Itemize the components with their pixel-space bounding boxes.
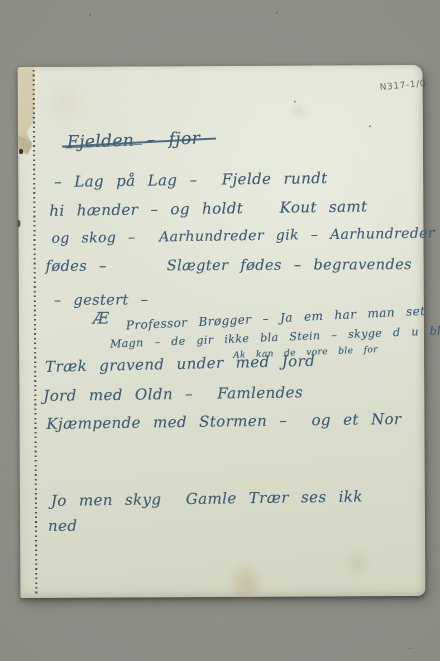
manuscript-page: N317-1/0 Fjelden – fjor – Lag på Lag – F…	[18, 65, 426, 598]
handwritten-line: Kjæmpende med Stormen – og et Nor	[46, 412, 401, 432]
scratch-mark	[408, 648, 414, 649]
paper-speck	[294, 101, 296, 103]
stub-dark-speck	[19, 149, 23, 154]
paper-stain	[220, 552, 272, 616]
paper-stain	[32, 65, 98, 139]
paper-stain	[338, 541, 376, 585]
handwritten-line: Træk gravend under med Jord	[45, 354, 315, 375]
dust-speck	[89, 14, 91, 16]
handwritten-line: – Lag på Lag – Fjelde rundt	[54, 171, 328, 190]
struck-title-line: Fjelden – fjor	[67, 131, 201, 152]
handwritten-line: Jo men skyg Gamle Trær ses ikk	[51, 490, 363, 509]
handwritten-line: Jord med Oldn – Famlendes	[43, 385, 303, 404]
handwritten-letter: Æ	[93, 311, 110, 327]
handwritten-line: og skog – Aarhundreder gik – Aarhundrede…	[51, 227, 435, 246]
handwritten-line: fødes – Slægter fødes – begravendes	[46, 258, 412, 274]
photograph-background: N317-1/0 Fjelden – fjor – Lag på Lag – F…	[0, 0, 440, 661]
paper-speck	[369, 125, 371, 127]
catalog-number: N317-1/0	[379, 79, 426, 93]
perforation-line	[33, 70, 38, 594]
handwritten-line: hi hænder – og holdt Kout samt	[49, 199, 367, 218]
edge-nick	[17, 220, 20, 227]
handwritten-line: ned	[48, 519, 77, 534]
dust-speck	[276, 12, 278, 14]
handwritten-line: – gestert –	[54, 293, 149, 308]
paper-stain	[284, 100, 314, 122]
